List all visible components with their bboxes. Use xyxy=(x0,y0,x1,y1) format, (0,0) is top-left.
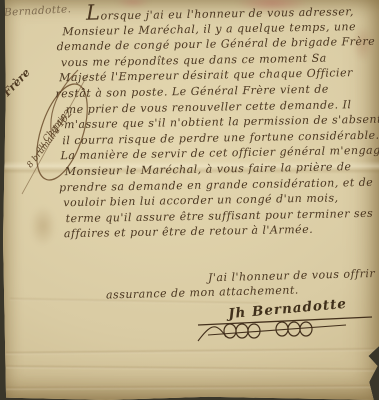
closing-line: J'ai l'honneur de vous offrir l' xyxy=(208,267,379,285)
letter-scan: Bernadotte. 1462 au Chemin 8 brumaire Fr… xyxy=(0,0,379,400)
letter-body: Lorsque j'ai eu l'honneur de vous adress… xyxy=(0,3,379,243)
closing-line: assurance de mon attachement. xyxy=(106,283,299,301)
paper-sheet: Bernadotte. 1462 au Chemin 8 brumaire Fr… xyxy=(0,0,379,400)
crease xyxy=(6,348,375,355)
crease xyxy=(6,385,375,390)
crease xyxy=(6,365,375,371)
signature-paraph-flourish xyxy=(196,315,376,345)
